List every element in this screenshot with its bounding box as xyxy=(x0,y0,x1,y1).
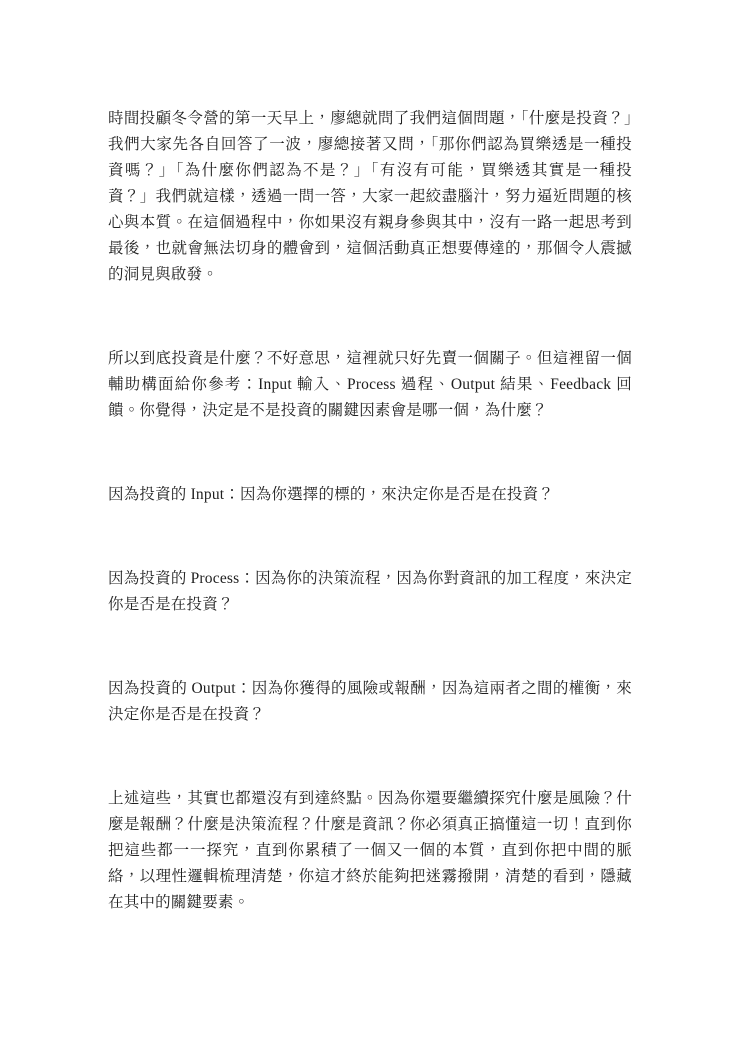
paragraph-framework-question: 所以到底投資是什麼？不好意思，這裡就只好先賣一個關子。但這裡留一個輔助構面給你參… xyxy=(108,346,632,424)
paragraph-conclusion: 上述這些，其實也都還沒有到達終點。因為你還要繼續探究什麼是風險？什麼是報酬？什麼… xyxy=(108,786,632,916)
document-page: 時間投顧冬令營的第一天早上，廖總就問了我們這個問題，「什麼是投資？」我們大家先各… xyxy=(0,0,740,1047)
paragraph-camp-intro: 時間投顧冬令營的第一天早上，廖總就問了我們這個問題，「什麼是投資？」我們大家先各… xyxy=(108,106,632,288)
paragraph-input-reason: 因為投資的 Input：因為你選擇的標的，來決定你是否是在投資？ xyxy=(108,482,632,508)
paragraph-output-reason: 因為投資的 Output：因為你獲得的風險或報酬，因為這兩者之間的權衡，來決定你… xyxy=(108,676,632,728)
document-body: 時間投顧冬令營的第一天早上，廖總就問了我們這個問題，「什麼是投資？」我們大家先各… xyxy=(108,106,632,916)
paragraph-process-reason: 因為投資的 Process：因為你的決策流程，因為你對資訊的加工程度，來決定你是… xyxy=(108,566,632,618)
